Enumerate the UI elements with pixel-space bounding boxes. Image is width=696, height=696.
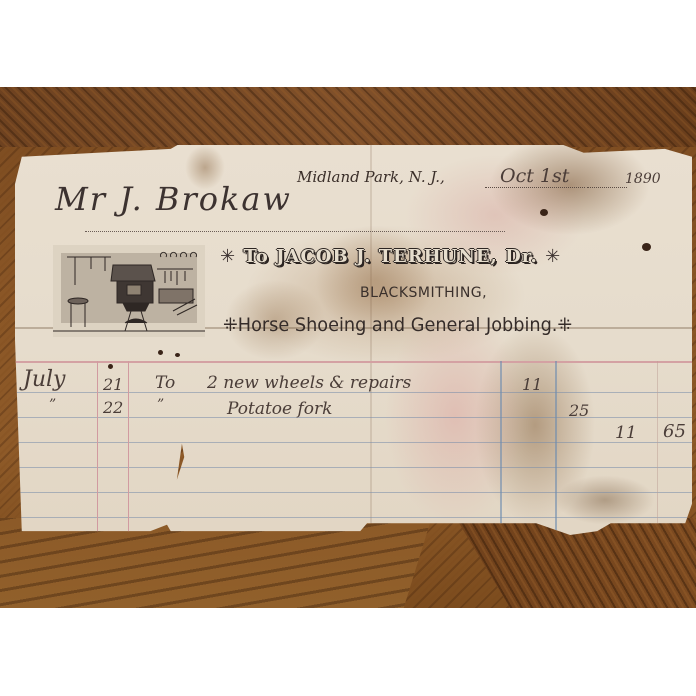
ledger-line	[15, 442, 692, 443]
wood-parquet-panel-top	[0, 87, 696, 147]
ornament-star-icon: ✳	[220, 246, 236, 267]
invoice-year: 1890	[625, 171, 661, 187]
invoice-paper: Midland Park, N. J., Oct 1st 1890 Mr J. …	[15, 145, 692, 535]
firm-name-heading: ✳ To JACOB J. TERHUNE, Dr. ✳	[220, 246, 561, 267]
row2-description: Potatoe fork	[227, 399, 332, 419]
row1-dollars: 11	[522, 375, 542, 394]
row2-to: ”	[157, 397, 164, 413]
services-line: ⁜Horse Shoeing and General Jobbing.⁜	[223, 314, 572, 336]
ornament-icon: ⁜	[557, 314, 572, 336]
row2-day: 22	[103, 398, 123, 417]
ornament-star-icon: ✳	[545, 246, 561, 267]
firm-name: To JACOB J. TERHUNE, Dr.	[243, 246, 537, 267]
services-text: Horse Shoeing and General Jobbing.	[238, 314, 558, 336]
row1-day: 21	[103, 375, 123, 394]
wood-parquet-panel-bottom-right	[396, 518, 696, 608]
blacksmith-forge-engraving	[53, 245, 205, 337]
ledger-cents-rule	[555, 361, 557, 535]
ornament-icon: ⁜	[223, 314, 238, 336]
date-rule	[587, 187, 627, 188]
customer-rule	[85, 231, 505, 232]
ink-hole	[108, 364, 113, 369]
year-prefix: 18	[625, 171, 643, 187]
ledger-line	[15, 417, 692, 418]
row2-cents: 25	[569, 401, 589, 420]
customer-name: Mr J. Brokaw	[55, 180, 292, 218]
ledger-line	[15, 467, 692, 468]
ledger-line	[15, 517, 692, 518]
date-rule	[485, 187, 585, 188]
year-suffix: 90	[643, 171, 661, 187]
ink-hole	[642, 243, 651, 251]
invoice-date: Oct 1st	[500, 165, 569, 187]
ledger-column-rule	[128, 361, 129, 535]
paper-vertical-fold	[370, 145, 372, 535]
invoice-place: Midland Park, N. J.,	[297, 168, 445, 186]
ledger-line	[15, 492, 692, 493]
ledger-total-rule	[657, 361, 658, 535]
trade-label: BLACKSMITHING,	[360, 285, 487, 301]
total-dollars: 11	[615, 423, 637, 443]
ledger-column-rule	[97, 361, 98, 535]
ink-hole	[158, 350, 163, 355]
row1-description: 2 new wheels & repairs	[207, 373, 411, 393]
ledger-header-rule	[15, 361, 692, 363]
row1-to: To	[155, 373, 175, 393]
total-cents: 65	[663, 421, 686, 442]
ink-hole	[175, 353, 180, 357]
row2-month: ”	[49, 397, 56, 413]
ink-hole	[540, 209, 548, 216]
row1-month: July	[23, 367, 65, 392]
ledger-dollars-rule	[500, 361, 502, 535]
